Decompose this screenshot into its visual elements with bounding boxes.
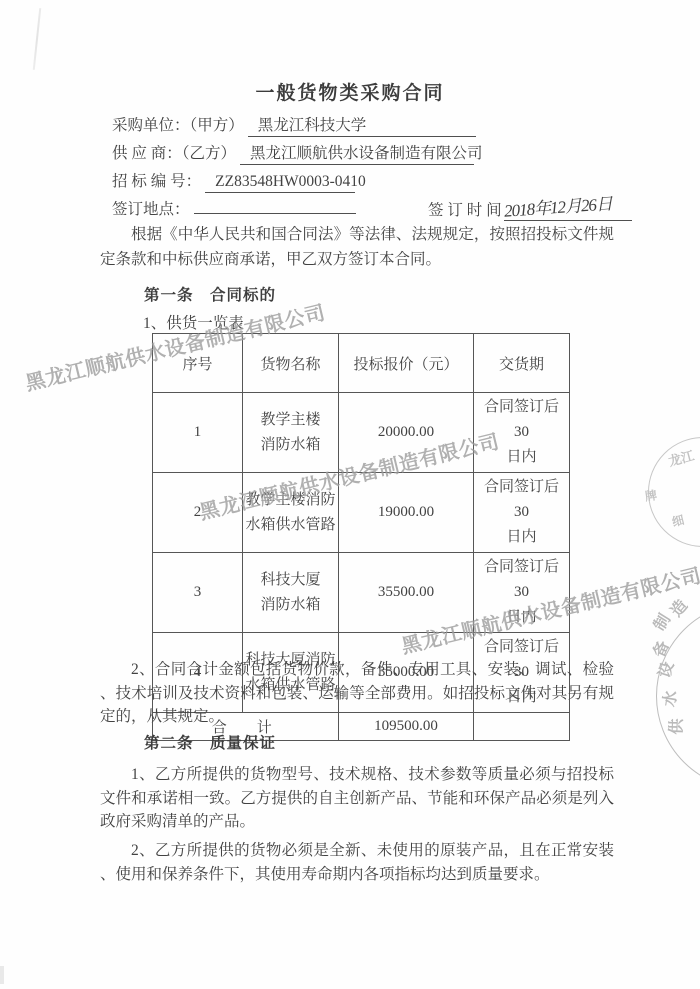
- delivery-line: 日内: [476, 445, 567, 470]
- table-row: 1 教学主楼 消防水箱 20000.00 合同签订后 30 日内: [153, 393, 570, 473]
- contract-page: 一般货物类采购合同 采购单位：（甲方）黑龙江科技大学 供 应 商：（乙方）黑龙江…: [0, 0, 700, 989]
- delivery-line: 日内: [476, 525, 567, 550]
- tender-number-label: 招 标 编 号：: [112, 169, 201, 191]
- cell-price: 19000.00: [339, 473, 474, 553]
- goods-name-line: 水箱供水管路: [245, 513, 336, 538]
- contract-amount-paragraph: 2、合同合计金额包括货物价款，备件、专用工具、安装、调试、检验、技术培训及技术资…: [100, 658, 614, 729]
- cell-seq: 1: [153, 393, 243, 473]
- goods-name-line: 科技大厦: [245, 568, 336, 593]
- cell-price: 20000.00: [339, 393, 474, 473]
- intro-paragraph: 根据《中华人民共和国合同法》等法律、法规规定，按照招投标文件规定条款和中标供应商…: [100, 222, 614, 272]
- goods-name-line: 教学主楼: [245, 408, 336, 433]
- sign-time-label: 签 订 时 间: [428, 198, 502, 220]
- tender-number-field: 招 标 编 号：ZZ83548HW0003-0410: [112, 169, 355, 193]
- sign-time-underline: 2018年12月26日: [504, 195, 632, 221]
- cell-goods-name: 教学主楼 消防水箱: [243, 393, 339, 473]
- article2-heading: 第二条 质量保证: [144, 731, 276, 753]
- delivery-line: 合同签订后 30: [476, 395, 567, 445]
- sign-place-value: [194, 212, 356, 214]
- seal-character: 细: [670, 511, 686, 530]
- cell-goods-name: 科技大厦 消防水箱: [243, 553, 339, 633]
- cell-delivery: 合同签订后 30 日内: [474, 553, 570, 633]
- supplier-label: 供 应 商：（乙方）: [112, 141, 236, 163]
- handwritten-date: 2018年12月26日: [503, 189, 612, 221]
- header-bid-price: 投标报价（元）: [339, 334, 474, 393]
- cell-price: 35500.00: [339, 553, 474, 633]
- scan-artifact-corner: [0, 966, 4, 984]
- stamp-seal-top-right: [648, 437, 700, 547]
- supplier-value: 黑龙江顺航供水设备制造有限公司: [240, 141, 474, 165]
- cell-seq: 2: [153, 473, 243, 553]
- delivery-line: 合同签订后 30: [476, 475, 567, 525]
- purchaser-value: 黑龙江科技大学: [248, 113, 476, 137]
- seal-character: 牌: [644, 486, 658, 505]
- table-row: 3 科技大厦 消防水箱 35500.00 合同签订后 30 日内: [153, 553, 570, 633]
- table-header-row: 序号 货物名称 投标报价（元） 交货期: [153, 334, 570, 393]
- scan-artifact-line: [33, 8, 41, 70]
- sign-place-label: 签订地点：: [112, 197, 190, 219]
- sign-time-field: 签 订 时 间2018年12月26日: [428, 195, 632, 221]
- goods-name-line: 消防水箱: [245, 433, 336, 458]
- document-title: 一般货物类采购合同: [0, 78, 700, 105]
- purchaser-label: 采购单位：（甲方）: [112, 113, 244, 135]
- seal-character: 制: [647, 609, 675, 635]
- table-row: 2 教学主楼消防 水箱供水管路 19000.00 合同签订后 30 日内: [153, 473, 570, 553]
- cell-seq: 3: [153, 553, 243, 633]
- supply-list-caption: 1、供货一览表: [143, 311, 244, 333]
- delivery-line: 合同签订后 30: [476, 555, 567, 605]
- header-seq: 序号: [153, 334, 243, 393]
- quality-item2-paragraph: 2、乙方所提供的货物必须是全新、未使用的原装产品，且在正常安装、使用和保养条件下…: [100, 839, 614, 886]
- seal-character: 龙江: [666, 445, 696, 470]
- seal-character: 设: [652, 658, 679, 680]
- cell-delivery: 合同签订后 30 日内: [474, 473, 570, 553]
- seal-character: 造: [664, 594, 692, 621]
- goods-name-line: 教学主楼消防: [245, 488, 336, 513]
- goods-name-line: 消防水箱: [245, 593, 336, 618]
- sign-place-field: 签订地点：: [112, 197, 356, 219]
- stamp-seal-bottom-right: [656, 602, 700, 790]
- seal-character: 水: [656, 689, 681, 708]
- quality-item1-paragraph: 1、乙方所提供的货物型号、技术规格、技术参数等质量必须与招投标文件和承诺相一致。…: [100, 763, 614, 834]
- header-goods-name: 货物名称: [243, 334, 339, 393]
- supplier-field: 供 应 商：（乙方）黑龙江顺航供水设备制造有限公司: [112, 141, 474, 165]
- seal-character: 供: [663, 718, 687, 735]
- tender-number-value: ZZ83548HW0003-0410: [205, 173, 355, 193]
- header-delivery: 交货期: [474, 334, 570, 393]
- purchaser-field: 采购单位：（甲方）黑龙江科技大学: [112, 113, 476, 137]
- cell-goods-name: 教学主楼消防 水箱供水管路: [243, 473, 339, 553]
- article1-heading: 第一条 合同标的: [144, 283, 276, 305]
- cell-delivery: 合同签订后 30 日内: [474, 393, 570, 473]
- seal-character: 备: [646, 637, 674, 661]
- delivery-line: 日内: [476, 605, 567, 630]
